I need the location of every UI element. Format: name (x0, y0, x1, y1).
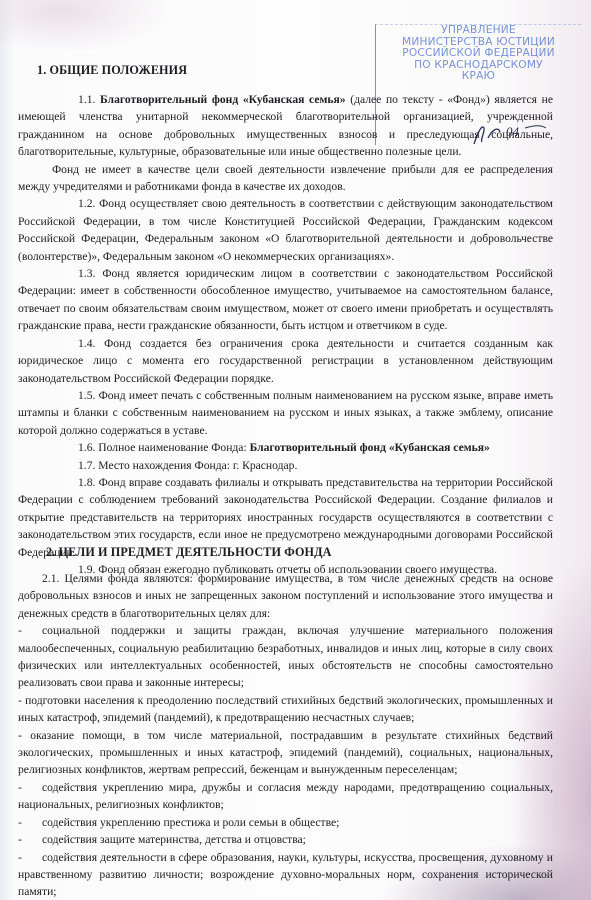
goal-list-item: -социальной поддержки и защиты граждан, … (18, 622, 553, 692)
paragraph-1-4: 1.4. Фонд создается без ограничения срок… (18, 335, 553, 387)
paragraph-1-1: 1.1. Благотворительный фонд «Кубанская с… (18, 91, 553, 161)
goal-list-item: - подготовки населения к преодолению пос… (18, 692, 553, 727)
goal-list-item: - оказание помощи, в том числе материаль… (18, 727, 553, 779)
dash-marker: - (18, 729, 30, 742)
paragraph-1-6: 1.6. Полное наименование Фонда: Благотво… (18, 439, 553, 456)
dash-marker: - (18, 622, 42, 639)
goal-list-item: -содействия укреплению мира, дружбы и со… (18, 779, 553, 814)
dash-marker: - (18, 831, 42, 848)
section-1-heading: 1. ОБЩИЕ ПОЛОЖЕНИЯ (37, 63, 187, 78)
dash-marker: - (18, 779, 42, 796)
goal-list-item: -содействия укреплению престижа и роли с… (18, 814, 553, 831)
section-2-heading: 2. ЦЕЛИ И ПРЕДМЕТ ДЕЯТЕЛЬНОСТИ ФОНДА (46, 545, 332, 560)
goal-text: содействия деятельности в сфере образова… (18, 851, 553, 899)
scanned-document-page: УПРАВЛЕНИЕ МИНИСТЕРСТВА ЮСТИЦИИ РОССИЙСК… (0, 0, 591, 900)
paragraph-1-7: 1.7. Место нахождения Фонда: г. Краснода… (18, 457, 553, 474)
stamp-line: УПРАВЛЕНИЕ (376, 25, 581, 37)
goal-text: содействия укреплению престижа и роли се… (42, 816, 339, 829)
clause-text: 1.6. Полное наименование Фонда: (78, 441, 250, 454)
goal-text: оказание помощи, в том числе материально… (18, 729, 553, 777)
clause-number: 1.1. (78, 93, 95, 106)
stamp-line: КРАЮ (376, 71, 581, 83)
goal-text: социальной поддержки и защиты граждан, в… (18, 624, 553, 689)
goal-text: подготовки населения к преодолению после… (18, 694, 553, 724)
section-2-body: 2.1. Целями фонда являются: формирование… (18, 570, 553, 900)
goal-list-item: -содействия деятельности в сфере образов… (18, 849, 553, 900)
dash-marker: - (18, 694, 25, 707)
paragraph-1-1b: Фонд не имеет в качестве цели своей деят… (18, 161, 553, 196)
goal-list-item: -содействия защите материнства, детства … (18, 831, 553, 848)
section-1-body: 1.1. Благотворительный фонд «Кубанская с… (18, 91, 553, 578)
fund-name-bold: Благотворительный фонд «Кубанская семья» (100, 93, 346, 106)
full-name-bold: Благотворительный фонд «Кубанская семья» (250, 441, 490, 454)
paragraph-1-2: 1.2. Фонд осуществляет свою деятельность… (18, 195, 553, 265)
paragraph-1-5: 1.5. Фонд имеет печать с собственным пол… (18, 387, 553, 439)
goal-text: содействия защите материнства, детства и… (42, 833, 306, 846)
dash-marker: - (18, 849, 42, 866)
dash-marker: - (18, 814, 42, 831)
goal-text: содействия укреплению мира, дружбы и сог… (18, 781, 553, 811)
paragraph-2-1: 2.1. Целями фонда являются: формирование… (18, 570, 553, 622)
paragraph-1-3: 1.3. Фонд является юридическим лицом в с… (18, 265, 553, 335)
